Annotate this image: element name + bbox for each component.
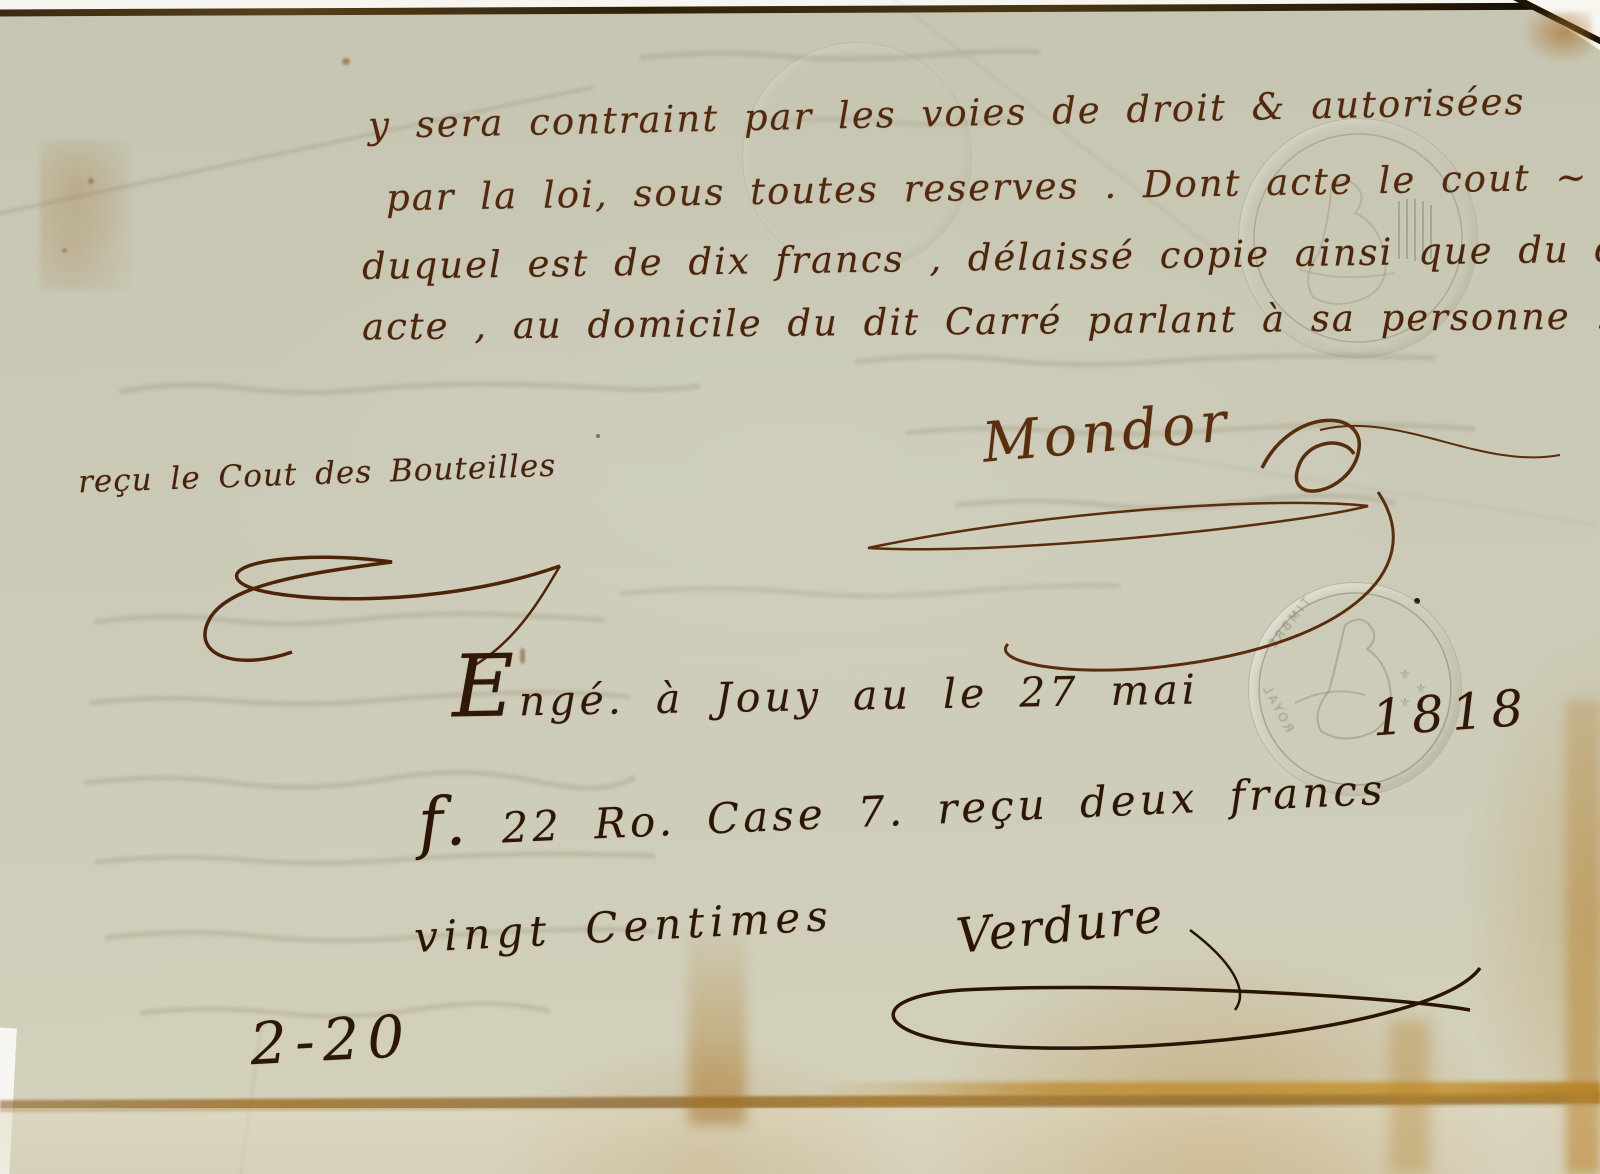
fee-total: 2-20 (248, 1002, 414, 1078)
ink-fleck (520, 648, 525, 664)
corner-stain (1522, 12, 1592, 64)
ink-fleck (596, 434, 600, 438)
registration-year: 1818 (1370, 679, 1533, 748)
ink-stain (688, 930, 746, 1125)
edge-stain (1566, 700, 1600, 1174)
stain-spot (88, 178, 94, 184)
scanned-manuscript: ⚜ ⚜ ⚜ TIMBRE ROYAL y sera contraint par … (0, 0, 1600, 1174)
bottom-paper-strip (0, 1108, 1600, 1174)
edge-stain (1390, 1020, 1430, 1174)
stain-spot (62, 248, 67, 253)
fold-stain-line (820, 1082, 1600, 1096)
foxing-stain (40, 140, 130, 290)
svg-text:⚜: ⚜ (1399, 668, 1411, 683)
stain-spot (342, 58, 350, 65)
